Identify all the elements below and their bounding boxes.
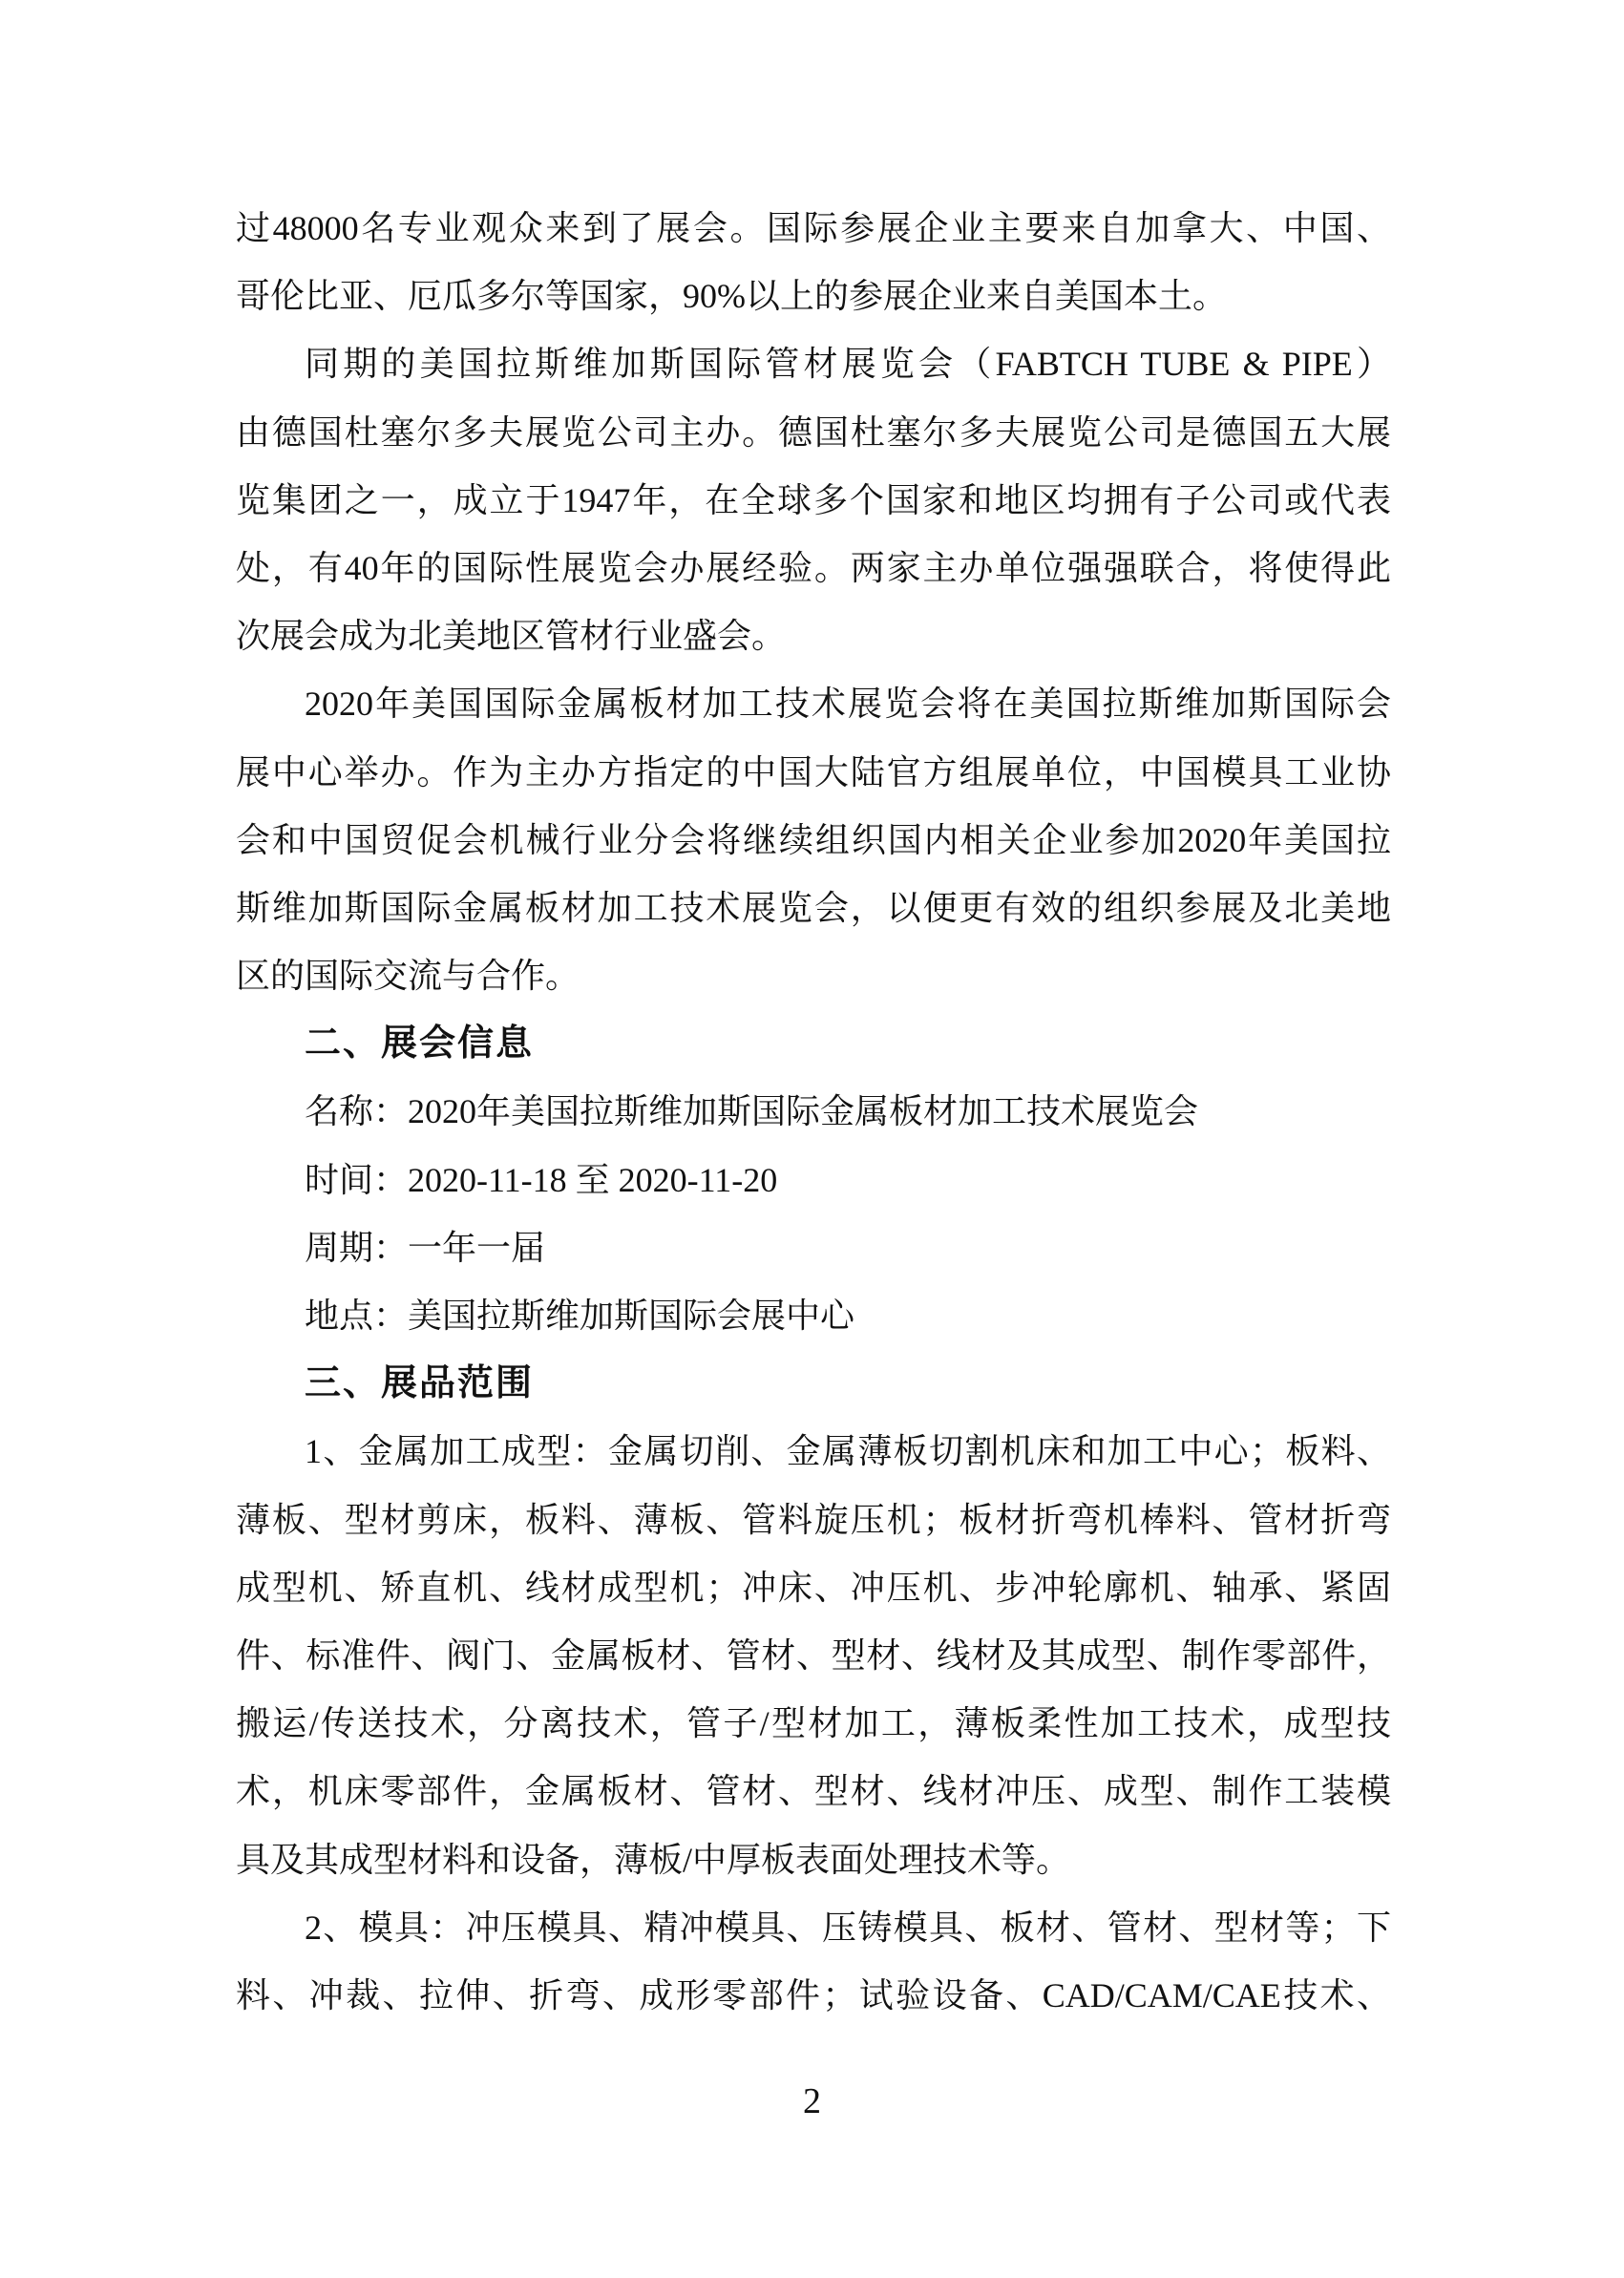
text-line: 处，有40年的国际性展览会办展经验。两家主办单位强强联合，将使得此: [236, 535, 1391, 602]
text-line: 区的国际交流与合作。: [236, 942, 1391, 1010]
text-line: 哥伦比亚、厄瓜多尔等国家，90%以上的参展企业来自美国本土。: [236, 263, 1391, 330]
text-line: 件、标准件、阀门、金属板材、管材、型材、线材及其成型、制作零部件，: [236, 1622, 1391, 1690]
section-heading: 二、展会信息: [236, 1010, 1391, 1078]
text-line: 料、冲裁、拉伸、折弯、成形零部件；试验设备、CAD/CAM/CAE技术、: [236, 1962, 1391, 2030]
section-heading: 三、展品范围: [236, 1350, 1391, 1418]
text-line: 术，机床零部件，金属板材、管材、型材、线材冲压、成型、制作工装模: [236, 1758, 1391, 1825]
text-line: 由德国杜塞尔多夫展览公司主办。德国杜塞尔多夫展览公司是德国五大展: [236, 399, 1391, 467]
text-line: 时间：2020-11-18 至 2020-11-20: [236, 1147, 1391, 1214]
text-line: 地点：美国拉斯维加斯国际会展中心: [236, 1282, 1391, 1350]
document-page: 过48000名专业观众来到了展会。国际参展企业主要来自加拿大、中国、哥伦比亚、厄…: [0, 0, 1624, 2278]
text-line: 2、模具：冲压模具、精冲模具、压铸模具、板材、管材、型材等；下: [236, 1894, 1391, 1962]
text-line: 名称：2020年美国拉斯维加斯国际金属板材加工技术展览会: [236, 1078, 1391, 1146]
text-line: 展中心举办。作为主办方指定的中国大陆官方组展单位，中国模具工业协: [236, 739, 1391, 807]
page-number: 2: [0, 2078, 1624, 2125]
text-line: 具及其成型材料和设备，薄板/中厚板表面处理技术等。: [236, 1826, 1391, 1894]
text-line: 搬运/传送技术，分离技术，管子/型材加工，薄板柔性加工技术，成型技: [236, 1690, 1391, 1758]
text-line: 2020年美国国际金属板材加工技术展览会将在美国拉斯维加斯国际会: [236, 670, 1391, 738]
text-line: 成型机、矫直机、线材成型机；冲床、冲压机、步冲轮廓机、轴承、紧固: [236, 1554, 1391, 1622]
text-line: 1、金属加工成型：金属切削、金属薄板切割机床和加工中心；板料、: [236, 1418, 1391, 1486]
text-line: 周期：一年一届: [236, 1214, 1391, 1282]
text-line: 览集团之一，成立于1947年，在全球多个国家和地区均拥有子公司或代表: [236, 467, 1391, 535]
text-line: 同期的美国拉斯维加斯国际管材展览会（FABTCH TUBE & PIPE）: [236, 330, 1391, 398]
text-line: 次展会成为北美地区管材行业盛会。: [236, 602, 1391, 670]
text-line: 斯维加斯国际金属板材加工技术展览会，以便更有效的组织参展及北美地: [236, 875, 1391, 942]
text-line: 薄板、型材剪床，板料、薄板、管料旋压机；板材折弯机棒料、管材折弯: [236, 1487, 1391, 1554]
text-line: 会和中国贸促会机械行业分会将继续组织国内相关企业参加2020年美国拉: [236, 807, 1391, 875]
text-line: 过48000名专业观众来到了展会。国际参展企业主要来自加拿大、中国、: [236, 195, 1391, 263]
document-body: 过48000名专业观众来到了展会。国际参展企业主要来自加拿大、中国、哥伦比亚、厄…: [236, 195, 1391, 2030]
